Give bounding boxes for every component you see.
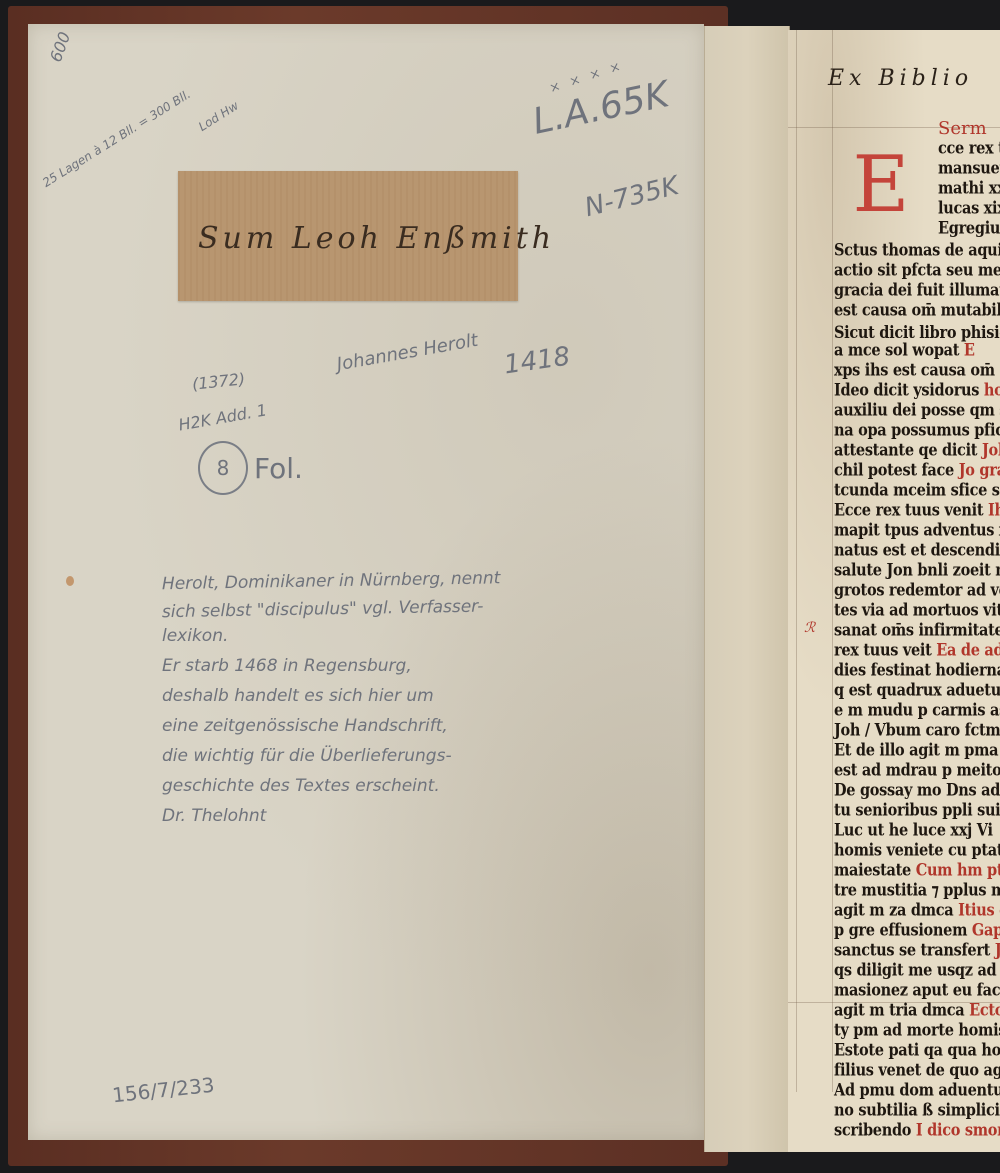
- format-label: Fol.: [254, 452, 303, 485]
- text-line: tu senioribus ppli sui ⁊ p: [834, 801, 1000, 821]
- note-line: lexikon.: [162, 626, 642, 656]
- text-line: sanat om̄s infirmitates: [834, 621, 1000, 641]
- format-number: 8: [217, 456, 230, 480]
- text-line: lucas xix: [938, 199, 1000, 219]
- text-line: filius venet de quo agit: [834, 1061, 1000, 1081]
- text-line: Ideo dicit ysidorus homo i o: [834, 381, 1000, 401]
- text-line: Sctus thomas de aquino: [834, 241, 1000, 261]
- manuscript-leaf: Ex Biblio Serm E ℛ cce rex tu mansuetu m…: [788, 30, 1000, 1152]
- text-line: tre mustitia ⁊ pplus m ed: [834, 881, 1000, 901]
- marginal-rubric: ℛ: [804, 620, 815, 636]
- text-line: actio sit pfcta seu meritoi: [834, 261, 1000, 281]
- text-line: Ecce rex tuus venit Ihodi: [834, 501, 1000, 521]
- text-line: tcunda mceim sfice salut: [834, 481, 1000, 501]
- text-line: Luc ut he luce xxj Vi: [834, 821, 993, 841]
- text-line: auxiliu dei posse qm sine: [834, 401, 1000, 421]
- text-line: Ad pmu dom aduentu v: [834, 1081, 1000, 1101]
- text-line: natus est et descendit de ce: [834, 541, 1000, 561]
- text-line: Et de illo agit m pma dn: [834, 741, 1000, 761]
- text-line: agit m tria dmca Ecto: [834, 1001, 1000, 1021]
- text-line: agit m za dmca Itius e: [834, 901, 1000, 921]
- text-line: rex tuus veit Ea de ad: [834, 641, 1000, 661]
- note-line: die wichtig für die Überlieferungs-: [162, 746, 642, 776]
- gutter-stub: [704, 26, 790, 1152]
- text-line: qs diligit me usqz ad eu: [834, 961, 1000, 981]
- note-line: Er starb 1468 in Regensburg,: [162, 656, 642, 686]
- text-line: dies festinat hodierna I: [834, 661, 1000, 681]
- text-line: q est quadrux aduetu do: [834, 681, 1000, 701]
- text-line: no subtilia ß simplicia ut: [834, 1101, 1000, 1121]
- ownership-label: Sum Leoh Enßmith: [178, 171, 518, 301]
- text-line: est ad mdrau p meitor d: [834, 761, 1000, 781]
- text-line: De gossay mo Dns ad u: [834, 781, 1000, 801]
- text-line: cce rex tu: [938, 139, 1000, 159]
- text-line: Egregius: [938, 219, 1000, 239]
- text-line: ty pm ad morte homis: [834, 1021, 1000, 1041]
- text-line: maiestate Cum hm pt Ju: [834, 861, 1000, 881]
- text-line: mansuetu: [938, 159, 1000, 179]
- text-line: p gre effusionem Gap v: [834, 921, 1000, 941]
- text-line: na opa possumus pfice I: [834, 421, 1000, 441]
- text-line: est causa om̄ mutabiliu ⁊ d: [834, 301, 1000, 321]
- pencil-notes: Herolt, Dominikaner in Nürnberg, nennt s…: [162, 570, 642, 836]
- text-line: chil potest face Jo gra: [834, 461, 1000, 481]
- text-line: scribendo I dico smones h: [834, 1121, 1000, 1141]
- text-line: mapit tpus adventus xpi: [834, 521, 1000, 541]
- ruling-line: [796, 30, 797, 1092]
- text-line: tes via ad mortuos vita: [834, 601, 1000, 621]
- note-line: deshalb handelt es sich hier um: [162, 686, 642, 716]
- text-line: salute Jon bnli zoeit m: [834, 561, 1000, 581]
- text-line: Estote pati qa qua hora: [834, 1041, 1000, 1061]
- text-line: mathi xxj: [938, 179, 1000, 199]
- note-signature: Dr. Thelohnt: [162, 806, 642, 836]
- text-line: grotos redemtor ad vendi: [834, 581, 1000, 601]
- text-line: gracia dei fuit illumata E: [834, 281, 1000, 301]
- text-line: a mce sol wopat E: [834, 341, 975, 361]
- text-line: xps ihs est causa om̄ action: [834, 361, 1000, 381]
- ruling-line: [832, 30, 833, 1092]
- text-line: attestante qe dicit Joh xv: [834, 441, 1000, 461]
- note-line: eine zeitgenössische Handschrift,: [162, 716, 642, 746]
- ex-libris-inscription: Ex Biblio: [828, 66, 973, 91]
- text-line: sanctus se transfert Joh: [834, 941, 1000, 961]
- text-line: Joh / Vbum caro fctm e: [834, 721, 1000, 741]
- format-circle: 8: [198, 441, 248, 495]
- text-line: homis veniete cu ptate m: [834, 841, 1000, 861]
- note-line: geschichte des Textes erscheint.: [162, 776, 642, 806]
- text-line: masionez aput eu facien: [834, 981, 1000, 1001]
- label-inscription: Sum Leoh Enßmith: [198, 221, 555, 256]
- text-line: e m mudu p carmis assum: [834, 701, 1000, 721]
- foxing-stain: [66, 576, 74, 586]
- decorated-initial: E: [846, 148, 916, 222]
- rubric-title: Serm: [938, 118, 987, 139]
